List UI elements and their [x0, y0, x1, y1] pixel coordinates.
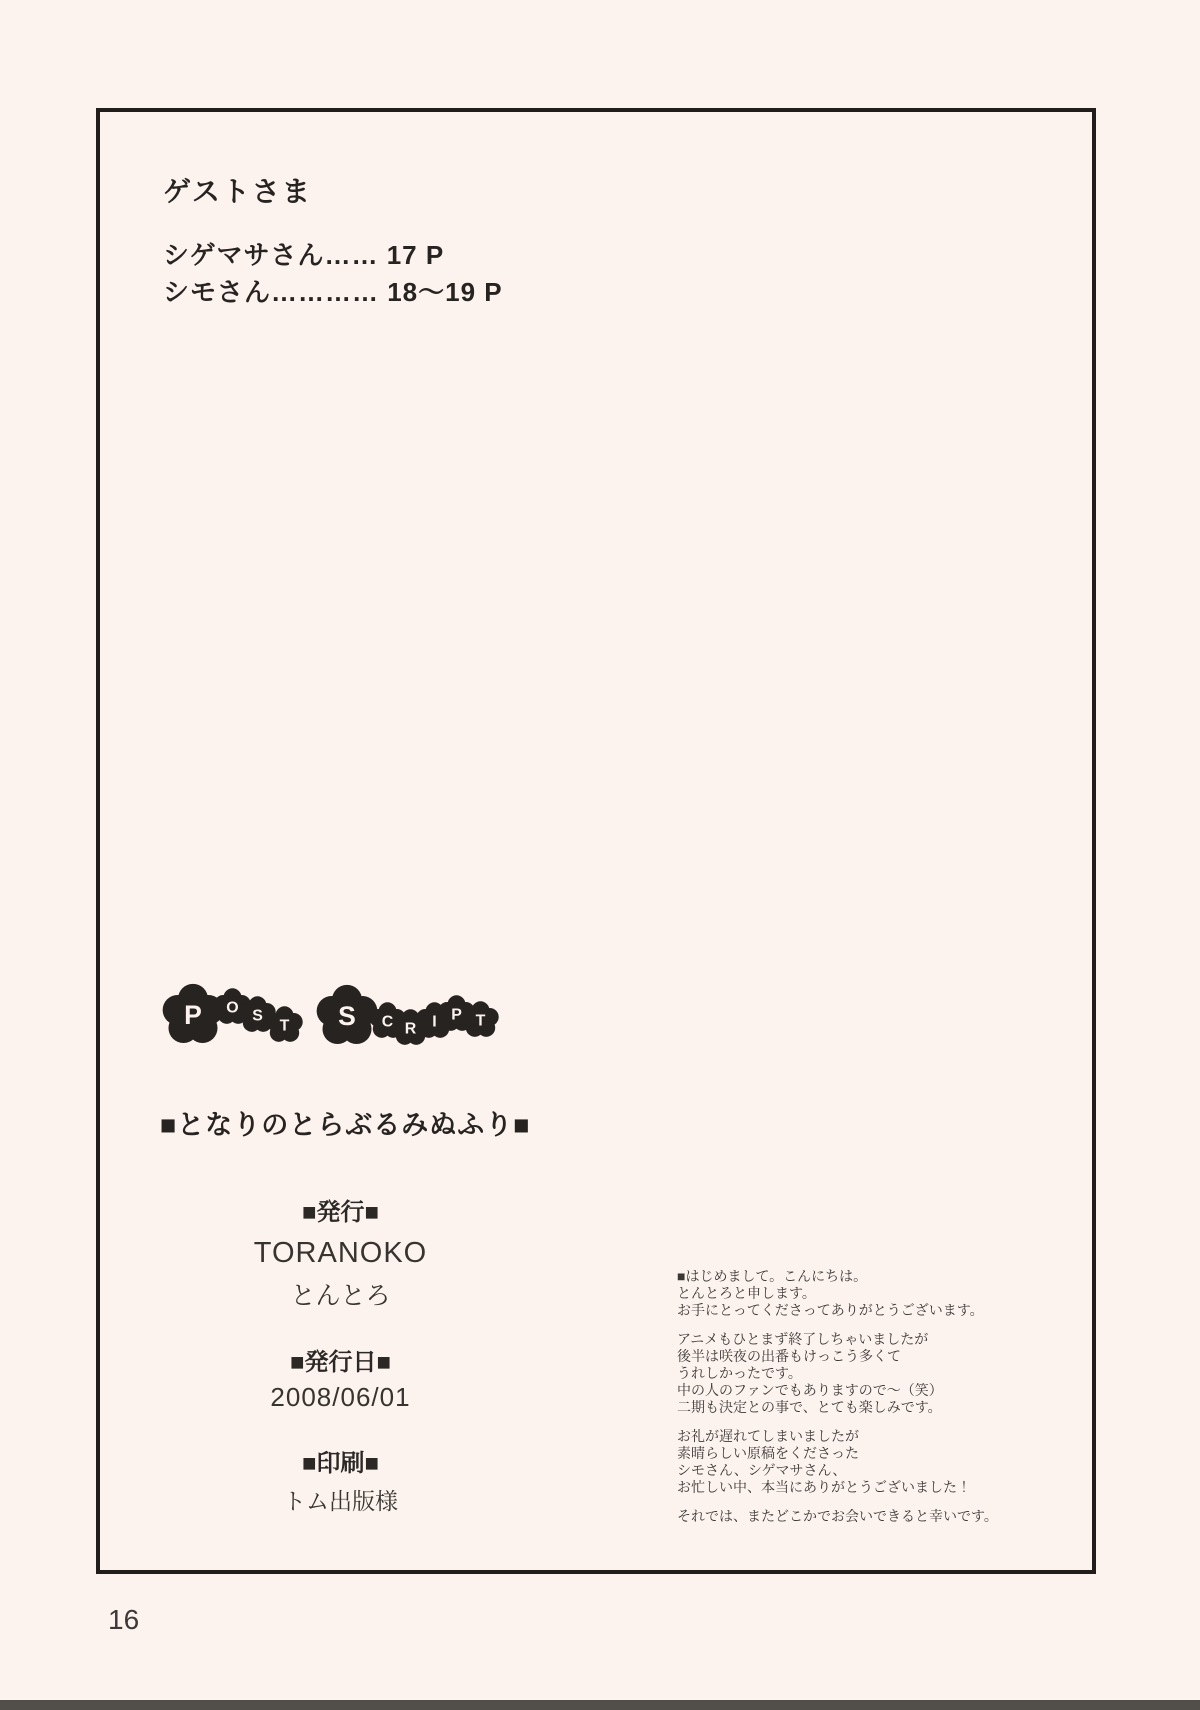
- book-title: ■となりのとらぶるみぬふり■: [160, 1103, 531, 1142]
- flower-letter: C: [382, 1014, 394, 1031]
- afterword-line: ■はじめまして。こんにちは。: [677, 1268, 867, 1284]
- post-script-flower-logo: P O S T S C R I P T: [163, 985, 523, 1070]
- flower-letter-icon: S: [318, 986, 376, 1046]
- scanned-doujinshi-page: ゲストさま シゲマサさん…… 17 P シモさん………… 18～19 P P O…: [0, 0, 1200, 1710]
- publish-label: ■発行■: [238, 1192, 443, 1227]
- page-number: 16: [108, 1604, 139, 1636]
- afterword-line: お礼が遅れてしまいましたが: [677, 1428, 859, 1444]
- afterword-line: シモさん、シゲマサさん、: [677, 1462, 846, 1478]
- afterword-line: 後半は咲夜の出番もけっこう多くて: [677, 1348, 901, 1364]
- guest-list: シゲマサさん…… 17 P シモさん………… 18～19 P: [163, 237, 503, 311]
- afterword-paragraph: アニメもひとまず終了しちゃいましたが 後半は咲夜の出番もけっこう多くて うれしか…: [677, 1331, 1017, 1416]
- flower-letter: I: [432, 1014, 436, 1031]
- publish-date-label: ■発行日■: [238, 1342, 443, 1377]
- circle-name: TORANOKO: [238, 1237, 443, 1270]
- publish-date-value: 2008/06/01: [238, 1382, 443, 1413]
- afterword-line: 素晴らしい原稿をくださった: [677, 1445, 859, 1461]
- flower-letter: P: [451, 1007, 462, 1024]
- afterword-paragraph: お礼が遅れてしまいましたが 素晴らしい原稿をくださった シモさん、シゲマサさん、…: [677, 1428, 1017, 1496]
- afterword-line: お忙しい中、本当にありがとうございました！: [677, 1479, 971, 1495]
- afterword-line: 二期も決定との事で、とても楽しみです。: [677, 1399, 942, 1415]
- afterword-line: それでは、またどこかでお会いできると幸いです。: [677, 1508, 998, 1524]
- flower-letter: S: [338, 1001, 356, 1031]
- flower-letter-icon: T: [463, 1002, 498, 1038]
- flower-letter-icon: P: [164, 985, 222, 1045]
- afterword-line: とんとろと申します。: [677, 1285, 816, 1301]
- guest-heading: ゲストさま: [163, 170, 503, 210]
- flower-letter: S: [252, 1008, 263, 1025]
- afterword-text: ■はじめまして。こんにちは。 とんとろと申します。 お手にとってくださってありが…: [677, 1268, 1017, 1525]
- afterword-line: 中の人のファンでもありますので～（笑）: [677, 1382, 943, 1398]
- afterword-paragraph: それでは、またどこかでお会いできると幸いです。: [677, 1508, 1017, 1525]
- guest-line: シゲマサさん…… 17 P: [163, 237, 503, 274]
- guest-credits-section: ゲストさま シゲマサさん…… 17 P シモさん………… 18～19 P: [163, 170, 503, 311]
- flower-letter: P: [184, 1000, 202, 1030]
- author-name: とんとろ: [238, 1276, 443, 1312]
- flower-letter: T: [280, 1018, 290, 1035]
- flower-letter-icon: T: [267, 1007, 302, 1043]
- guest-line: シモさん………… 18～19 P: [163, 274, 503, 311]
- printer-label: ■印刷■: [238, 1443, 443, 1478]
- flower-letter: O: [226, 1000, 238, 1017]
- afterword-line: お手にとってくださってありがとうございます。: [677, 1302, 984, 1318]
- afterword-line: うれしかったです。: [677, 1365, 802, 1381]
- flower-letter: T: [476, 1013, 486, 1030]
- scan-edge-strip: [0, 1700, 1200, 1710]
- flower-letter: R: [405, 1021, 417, 1038]
- printer-name: トム出版様: [238, 1483, 443, 1516]
- afterword-line: アニメもひとまず終了しちゃいましたが: [677, 1331, 928, 1347]
- afterword-paragraph: ■はじめまして。こんにちは。 とんとろと申します。 お手にとってくださってありが…: [677, 1268, 1017, 1319]
- colophon-section: ■発行■ TORANOKO とんとろ ■発行日■ 2008/06/01 ■印刷■…: [238, 1192, 443, 1516]
